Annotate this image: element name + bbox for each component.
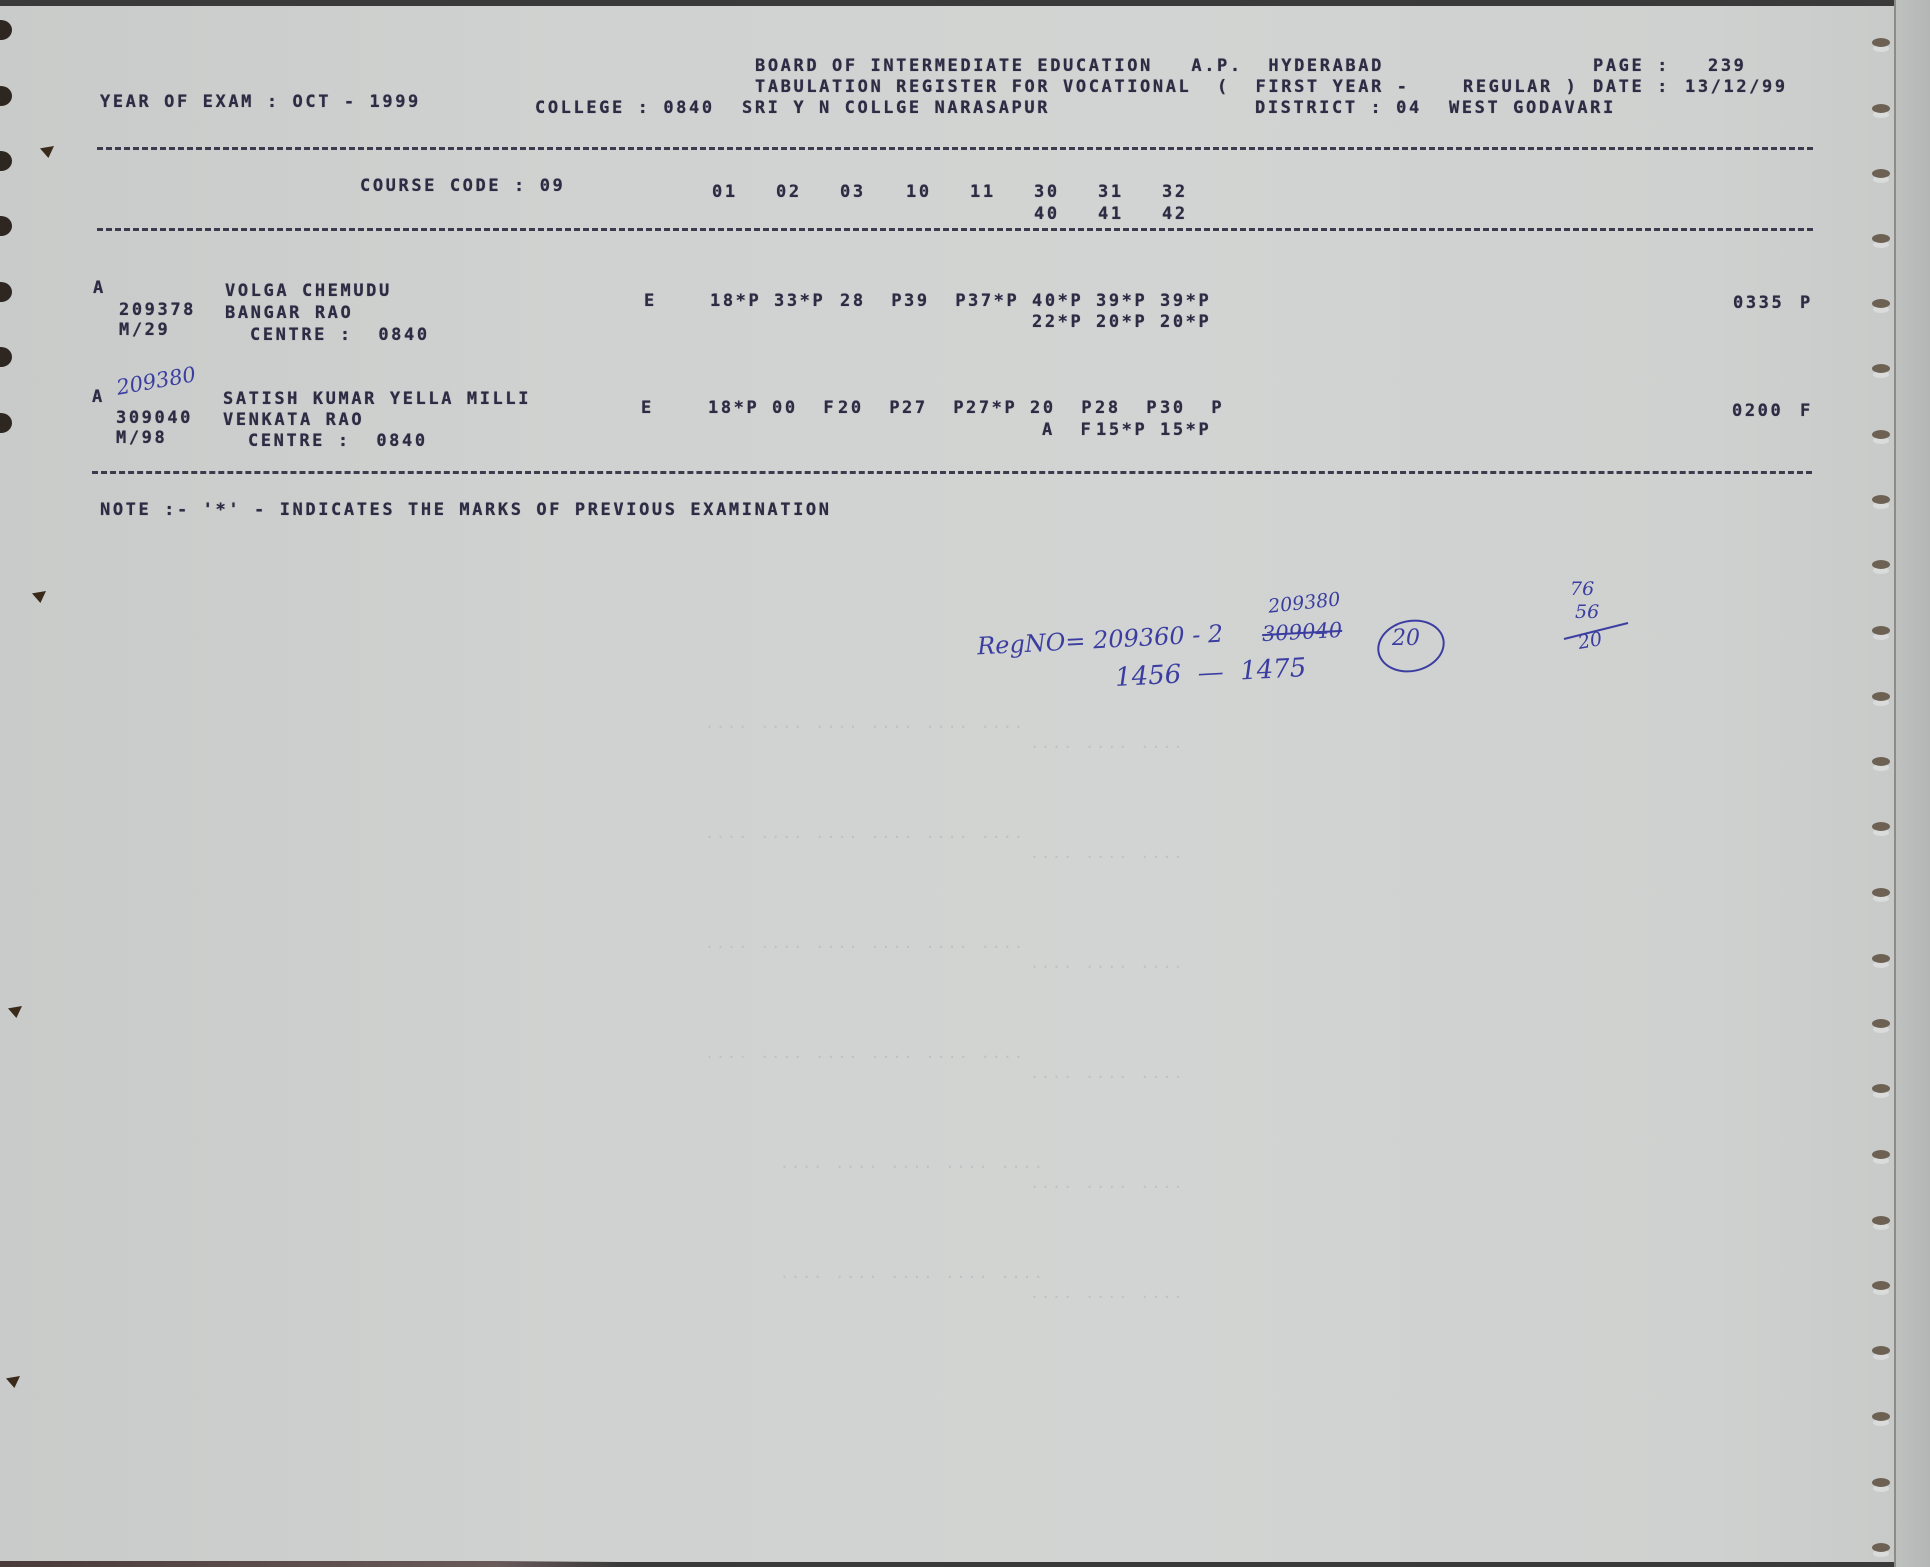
mark: 15*P	[1160, 420, 1211, 440]
tractor-hole	[1872, 38, 1890, 47]
total-marks: 0200	[1732, 401, 1783, 421]
result-status: P	[1800, 293, 1813, 313]
mark: 33*P	[774, 291, 825, 311]
total-marks: 0335	[1733, 293, 1784, 313]
mark: 18*P	[708, 398, 759, 418]
mark: A F	[1042, 420, 1093, 440]
mark: 39*P	[1160, 291, 1211, 311]
col-40: 40	[1034, 204, 1060, 224]
tractor-hole	[0, 413, 12, 433]
handwritten-circled-count: 20	[1392, 626, 1420, 651]
mark: 20*P	[1096, 312, 1147, 332]
handwritten-number-range: 1456 — 1475	[1114, 653, 1307, 693]
record-status: A	[92, 387, 105, 407]
tractor-hole	[1872, 1084, 1890, 1093]
mark: 22*P	[1032, 312, 1083, 332]
tractor-hole	[1872, 560, 1890, 569]
register-title: TABULATION REGISTER FOR VOCATIONAL ( FIR…	[755, 77, 1410, 97]
handwritten-calc-result: 20	[1576, 628, 1604, 654]
tractor-hole	[0, 151, 12, 171]
mark: 27*P	[966, 398, 1017, 418]
father-name: BANGAR RAO	[225, 303, 353, 323]
reg-number: 209378	[119, 300, 196, 320]
record-status: A	[93, 278, 106, 298]
college-code: COLLEGE : 0840	[535, 98, 715, 118]
bottom-shadow	[0, 1561, 620, 1567]
mark: 18*P	[710, 291, 761, 311]
col-10: 10	[906, 182, 932, 202]
printout-sheet: YEAR OF EXAM : OCT - 1999 BOARD OF INTER…	[0, 6, 1904, 1562]
gender-code: M/29	[119, 320, 170, 340]
page-number: 239	[1708, 56, 1747, 76]
tractor-hole	[1872, 757, 1890, 766]
tractor-hole	[0, 347, 12, 367]
district-code: DISTRICT : 04	[1255, 98, 1422, 118]
punch-mark	[40, 146, 54, 158]
tractor-hole	[1872, 1543, 1890, 1552]
punch-mark	[8, 1006, 22, 1018]
mark: 28 P	[840, 291, 904, 311]
page-label: PAGE :	[1593, 56, 1670, 76]
mark: 37*P	[968, 291, 1019, 311]
tractor-hole	[1872, 1216, 1890, 1225]
tractor-hole	[1872, 692, 1890, 701]
mark: 00 F	[772, 398, 836, 418]
separator-line	[92, 471, 1812, 474]
board-title: BOARD OF INTERMEDIATE EDUCATION A.P. HYD…	[755, 56, 1384, 76]
date-label: DATE :	[1593, 77, 1670, 97]
mark: 15*P	[1096, 420, 1147, 440]
tractor-hole	[1872, 169, 1890, 178]
centre: CENTRE : 0840	[250, 325, 430, 345]
tractor-hole	[1872, 1346, 1890, 1355]
col-31: 31	[1098, 182, 1124, 202]
tractor-hole	[0, 86, 12, 106]
mark: 27 P	[902, 398, 966, 418]
col-03: 03	[840, 182, 866, 202]
mark: 20 P	[1030, 398, 1094, 418]
underlying-sheet	[1894, 0, 1930, 1567]
tractor-hole	[1872, 954, 1890, 963]
regular-label: REGULAR )	[1463, 77, 1579, 97]
mark: 39 P	[904, 291, 968, 311]
medium: E	[644, 291, 657, 311]
col-41: 41	[1098, 204, 1124, 224]
course-code: COURSE CODE : 09	[360, 176, 565, 196]
tractor-hole	[1872, 626, 1890, 635]
college-name: SRI Y N COLLGE NARASAPUR	[742, 98, 1050, 118]
medium: E	[641, 398, 654, 418]
handwritten-reg-correction: 209380	[115, 362, 198, 400]
tractor-hole	[1872, 430, 1890, 439]
mark: 40*P	[1032, 291, 1083, 311]
tractor-hole	[1872, 299, 1890, 308]
tractor-hole	[1872, 234, 1890, 243]
gender-code: M/98	[116, 428, 167, 448]
district-name: WEST GODAVARI	[1449, 98, 1616, 118]
col-01: 01	[712, 182, 738, 202]
footnote: NOTE :- '*' - INDICATES THE MARKS OF PRE…	[100, 500, 832, 520]
tractor-hole	[0, 216, 12, 236]
reg-number: 309040	[116, 408, 193, 428]
year-of-exam: YEAR OF EXAM : OCT - 1999	[100, 92, 421, 112]
col-42: 42	[1162, 204, 1188, 224]
tractor-hole	[1872, 822, 1890, 831]
separator-line	[97, 147, 1813, 150]
student-name: SATISH KUMAR YELLA MILLI	[223, 389, 531, 409]
col-11: 11	[970, 182, 996, 202]
handwritten-struck-reg: 309040	[1261, 618, 1342, 646]
result-status: F	[1800, 401, 1813, 421]
tractor-hole	[1872, 1478, 1890, 1487]
handwritten-calc-a: 76	[1570, 578, 1594, 600]
tractor-hole	[0, 282, 12, 302]
col-30: 30	[1034, 182, 1060, 202]
col-02: 02	[776, 182, 802, 202]
mark: 20 P	[838, 398, 902, 418]
student-name: VOLGA CHEMUDU	[225, 281, 392, 301]
mark: 28 P	[1095, 398, 1159, 418]
tractor-hole	[1872, 364, 1890, 373]
date-value: 13/12/99	[1685, 77, 1788, 97]
col-32: 32	[1162, 182, 1188, 202]
mark: 39*P	[1096, 291, 1147, 311]
separator-line	[97, 228, 1813, 231]
father-name: VENKATA RAO	[223, 410, 364, 430]
tractor-hole	[1872, 1281, 1890, 1290]
handwritten-calc-b: 56	[1575, 601, 1599, 623]
tractor-hole	[1872, 1019, 1890, 1028]
mark: 30 P	[1160, 398, 1224, 418]
punch-mark	[6, 1376, 20, 1388]
handwritten-corrected-reg: 209380	[1267, 588, 1341, 617]
centre: CENTRE : 0840	[248, 431, 428, 451]
handwritten-reg-range: RegNO= 209360 - 2	[976, 620, 1223, 661]
punch-mark	[32, 591, 46, 603]
tractor-hole	[1872, 888, 1890, 897]
tractor-hole	[0, 20, 12, 40]
mark: 20*P	[1160, 312, 1211, 332]
tractor-hole	[1872, 104, 1890, 113]
tractor-hole	[1872, 1150, 1890, 1159]
tractor-hole	[1872, 1412, 1890, 1421]
tractor-hole	[1872, 495, 1890, 504]
